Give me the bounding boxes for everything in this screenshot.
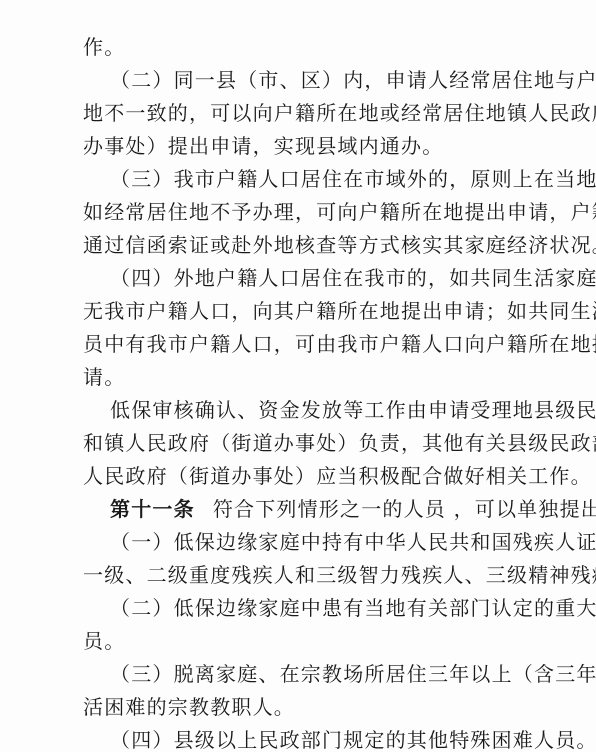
clause-3-line-1: （三）我市户籍人口居住在市域外的，原则上在当地办理； xyxy=(110,163,555,196)
article-11-heading: 第十一条符合下列情形之一的人员 ，可以单独提出申请： xyxy=(110,493,555,526)
document-page: 作。 （二）同一县（市、区）内，申请人经常居住地与户籍所在 地不一致的，可以向户… xyxy=(0,0,596,752)
item-1-line-1: （一）低保边缘家庭中持有中华人民共和国残疾人证的 xyxy=(110,526,555,559)
clause-2-line-2: 地不一致的，可以向户籍所在地或经常居住地镇人民政府（街道 xyxy=(83,97,555,130)
article-text: 符合下列情形之一的人员 ，可以单独提出申请： xyxy=(213,497,596,521)
item-2-line-1: （二）低保边缘家庭中患有当地有关部门认定的重大疾病人 xyxy=(110,592,555,625)
clause-4-line-1: （四）外地户籍人口居住在我市的，如共同生活家庭成员中 xyxy=(110,262,555,295)
clause-3-line-2: 如经常居住地不予办理，可向户籍所在地提出申请，户籍所在地 xyxy=(83,196,555,229)
clause-4-line-4: 请。 xyxy=(83,361,555,394)
text-line: 作。 xyxy=(83,31,555,64)
clause-4-line-2: 无我市户籍人口，向其户籍所在地提出申请；如共同生活家庭成 xyxy=(83,295,555,328)
clause-3-line-3: 通过信函索证或赴外地核查等方式核实其家庭经济状况。 xyxy=(83,229,555,262)
clause-4-line-3: 员中有我市户籍人口，可由我市户籍人口向户籍所在地提出申 xyxy=(83,328,555,361)
paragraph-line-2: 和镇人民政府（街道办事处）负责，其他有关县级民政部门和镇 xyxy=(83,427,555,460)
paragraph-line-1: 低保审核确认、资金发放等工作由申请受理地县级民政部门 xyxy=(110,394,555,427)
item-3-line-2: 活困难的宗教教职人。 xyxy=(83,691,555,724)
item-1-line-2: 一级、二级重度残疾人和三级智力残疾人、三级精神残疾人。 xyxy=(83,559,555,592)
paragraph-line-3: 人民政府（街道办事处）应当积极配合做好相关工作。 xyxy=(83,460,555,493)
clause-2-line-1: （二）同一县（市、区）内，申请人经常居住地与户籍所在 xyxy=(110,64,555,97)
item-3-line-1: （三）脱离家庭、在宗教场所居住三年以上（含三年）的生 xyxy=(110,658,555,691)
item-2-line-2: 员。 xyxy=(83,625,555,658)
clause-2-line-3: 办事处）提出申请，实现县域内通办。 xyxy=(83,130,555,163)
article-label: 第十一条 xyxy=(110,497,195,521)
item-4-line-1: （四）县级以上民政部门规定的其他特殊困难人员。 xyxy=(110,724,555,752)
